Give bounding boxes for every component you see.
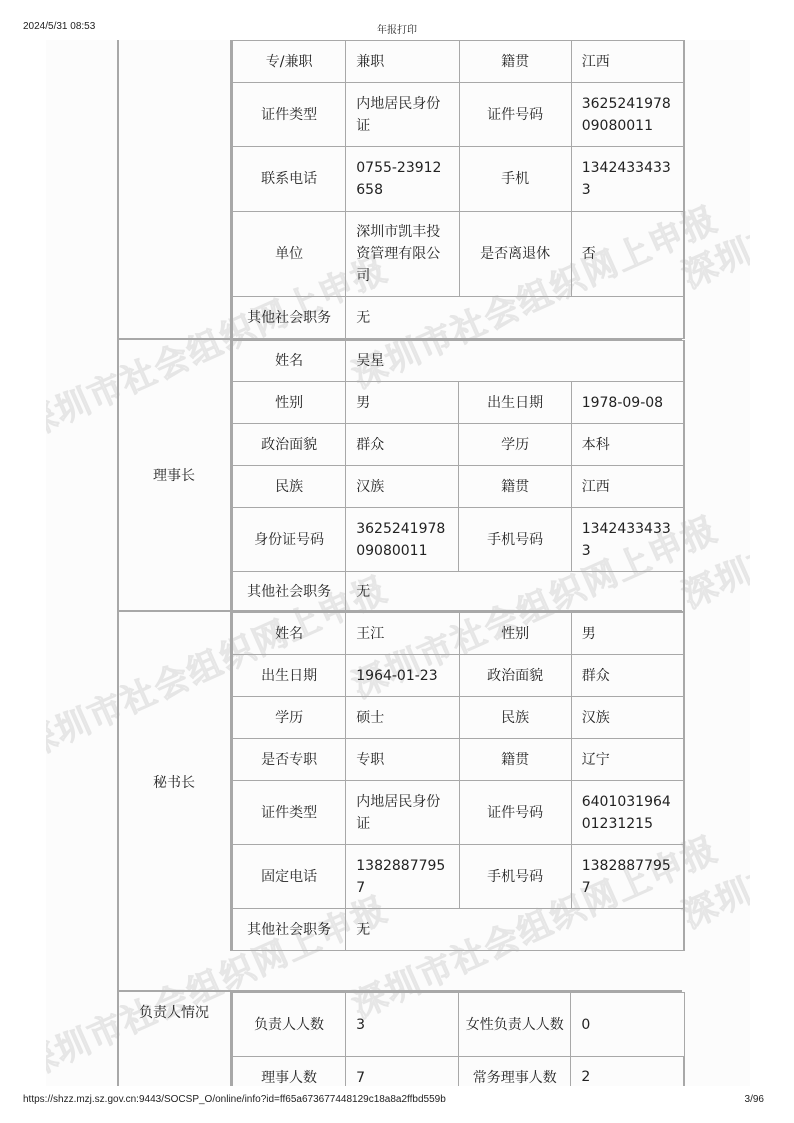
page-number: 3/96 [745,1094,764,1105]
table-row: 联系电话 0755-23912658 手机 13424334333 [233,147,685,212]
table-row: 其他社会职务 无 [233,572,685,612]
table-row: 政治面貌 群众 学历 本科 [233,424,685,466]
field-label: 固定电话 [233,845,346,909]
table-row: 是否专职 专职 籍贯 辽宁 [233,739,685,781]
field-label: 证件类型 [233,83,346,147]
field-label: 出生日期 [459,382,571,424]
report-page: 深圳市社会组织网上申报 深圳市社会组织网上申报 深圳市社会组织网上申报 深圳市社… [46,40,750,1086]
table-row: 出生日期 1964-01-23 政治面貌 群众 [233,655,685,697]
field-label: 政治面貌 [459,655,571,697]
previous-person-table: 专/兼职 兼职 籍贯 江西 证件类型 内地居民身份证 证件号码 36252419… [232,40,685,339]
field-label: 出生日期 [233,655,346,697]
field-value: 深圳市凯丰投资管理有限公司 [346,212,459,297]
field-label: 手机号码 [459,508,571,572]
field-value: 男 [571,613,684,655]
section-secretary-general: 秘书长 姓名 王江 性别 男 出生日期 1964-01-23 政治面貌 群众 [119,610,682,992]
field-label: 姓名 [233,613,346,655]
field-label: 性别 [459,613,571,655]
field-label: 负责人人数 [233,993,346,1057]
table-row: 理事人数 7 常务理事人数 2 [233,1057,685,1087]
field-value: 吴星 [346,341,685,382]
field-value: 13828877957 [346,845,459,909]
field-value: 内地居民身份证 [346,781,459,845]
field-label: 是否专职 [233,739,346,781]
field-label: 联系电话 [233,147,346,212]
section-label: 理事长 [119,465,229,485]
field-value: 7 [346,1057,459,1087]
field-value: 兼职 [346,41,459,83]
field-value: 362524197809080011 [346,508,459,572]
field-value: 0755-23912658 [346,147,459,212]
field-value: 内地居民身份证 [346,83,459,147]
table-row: 姓名 王江 性别 男 [233,613,685,655]
table-row: 负责人人数 3 女性负责人人数 0 [233,993,685,1057]
chairman-table: 姓名 吴星 性别 男 出生日期 1978-09-08 政治面貌 群众 学历 本科 [232,340,685,612]
field-value: 王江 [346,613,459,655]
field-value: 否 [571,212,684,297]
field-value: 13424334333 [571,508,684,572]
field-label: 学历 [459,424,571,466]
table-row: 单位 深圳市凯丰投资管理有限公司 是否离退休 否 [233,212,685,297]
field-value: 13828877957 [571,845,684,909]
field-label: 单位 [233,212,346,297]
table-row: 学历 硕士 民族 汉族 [233,697,685,739]
field-value: 640103196401231215 [571,781,684,845]
field-label: 身份证号码 [233,508,346,572]
field-label: 其他社会职务 [233,572,346,612]
leaders-summary-table: 负责人人数 3 女性负责人人数 0 理事人数 7 常务理事人数 2 [232,992,685,1086]
field-label: 籍贯 [459,739,571,781]
field-value: 无 [346,909,685,951]
page-url: https://shzz.mzj.sz.gov.cn:9443/SOCSP_O/… [23,1094,446,1105]
field-label: 专/兼职 [233,41,346,83]
field-label: 证件类型 [233,781,346,845]
field-label: 性别 [233,382,346,424]
field-label: 其他社会职务 [233,909,346,951]
field-label: 其他社会职务 [233,297,346,339]
field-value: 0 [571,993,684,1057]
field-value: 汉族 [346,466,459,508]
table-row: 姓名 吴星 [233,341,685,382]
section-label: 负责人情况 [119,1002,229,1022]
field-value: 无 [346,297,685,339]
field-value: 群众 [571,655,684,697]
field-value: 1978-09-08 [571,382,684,424]
field-value: 1964-01-23 [346,655,459,697]
table-row: 民族 汉族 籍贯 江西 [233,466,685,508]
table-row: 性别 男 出生日期 1978-09-08 [233,382,685,424]
field-value: 群众 [346,424,459,466]
field-value: 无 [346,572,685,612]
table-row: 其他社会职务 无 [233,297,685,339]
field-value: 专职 [346,739,459,781]
field-value: 硕士 [346,697,459,739]
table-row: 身份证号码 362524197809080011 手机号码 1342433433… [233,508,685,572]
field-value: 汉族 [571,697,684,739]
table-row: 证件类型 内地居民身份证 证件号码 640103196401231215 [233,781,685,845]
field-label: 常务理事人数 [459,1057,571,1087]
section-leaders-summary: 负责人情况 负责人人数 3 女性负责人人数 0 理事人数 7 常务理事人数 2 [119,990,682,1086]
table-row: 证件类型 内地居民身份证 证件号码 362524197809080011 [233,83,685,147]
field-label: 姓名 [233,341,346,382]
field-label: 证件号码 [459,83,571,147]
field-label: 理事人数 [233,1057,346,1087]
field-label: 证件号码 [459,781,571,845]
field-value: 江西 [571,466,684,508]
secretary-general-table: 姓名 王江 性别 男 出生日期 1964-01-23 政治面貌 群众 学历 硕士 [232,612,685,951]
field-value: 362524197809080011 [571,83,684,147]
field-value: 2 [571,1057,684,1087]
print-footer: https://shzz.mzj.sz.gov.cn:9443/SOCSP_O/… [0,1088,794,1118]
field-label: 学历 [233,697,346,739]
field-value: 3 [346,993,459,1057]
field-label: 女性负责人人数 [459,993,571,1057]
section-previous-person: 专/兼职 兼职 籍贯 江西 证件类型 内地居民身份证 证件号码 36252419… [119,40,682,338]
field-value: 江西 [571,41,684,83]
field-label: 手机号码 [459,845,571,909]
table-row: 固定电话 13828877957 手机号码 13828877957 [233,845,685,909]
field-value: 13424334333 [571,147,684,212]
field-label: 民族 [233,466,346,508]
table-row: 专/兼职 兼职 籍贯 江西 [233,41,685,83]
annual-report-table: 专/兼职 兼职 籍贯 江西 证件类型 内地居民身份证 证件号码 36252419… [117,40,682,1086]
field-value: 男 [346,382,459,424]
field-label: 是否离退休 [459,212,571,297]
section-label: 秘书长 [119,772,229,792]
field-label: 民族 [459,697,571,739]
field-value: 辽宁 [571,739,684,781]
field-value: 本科 [571,424,684,466]
field-label: 籍贯 [459,466,571,508]
field-label: 籍贯 [459,41,571,83]
table-row: 其他社会职务 无 [233,909,685,951]
print-title: 年报打印 [0,21,794,36]
field-label: 政治面貌 [233,424,346,466]
section-chairman: 理事长 姓名 吴星 性别 男 出生日期 1978-09-08 政治面 [119,338,682,612]
field-label: 手机 [459,147,571,212]
print-header: 2024/5/31 08:53 年报打印 [0,0,794,36]
